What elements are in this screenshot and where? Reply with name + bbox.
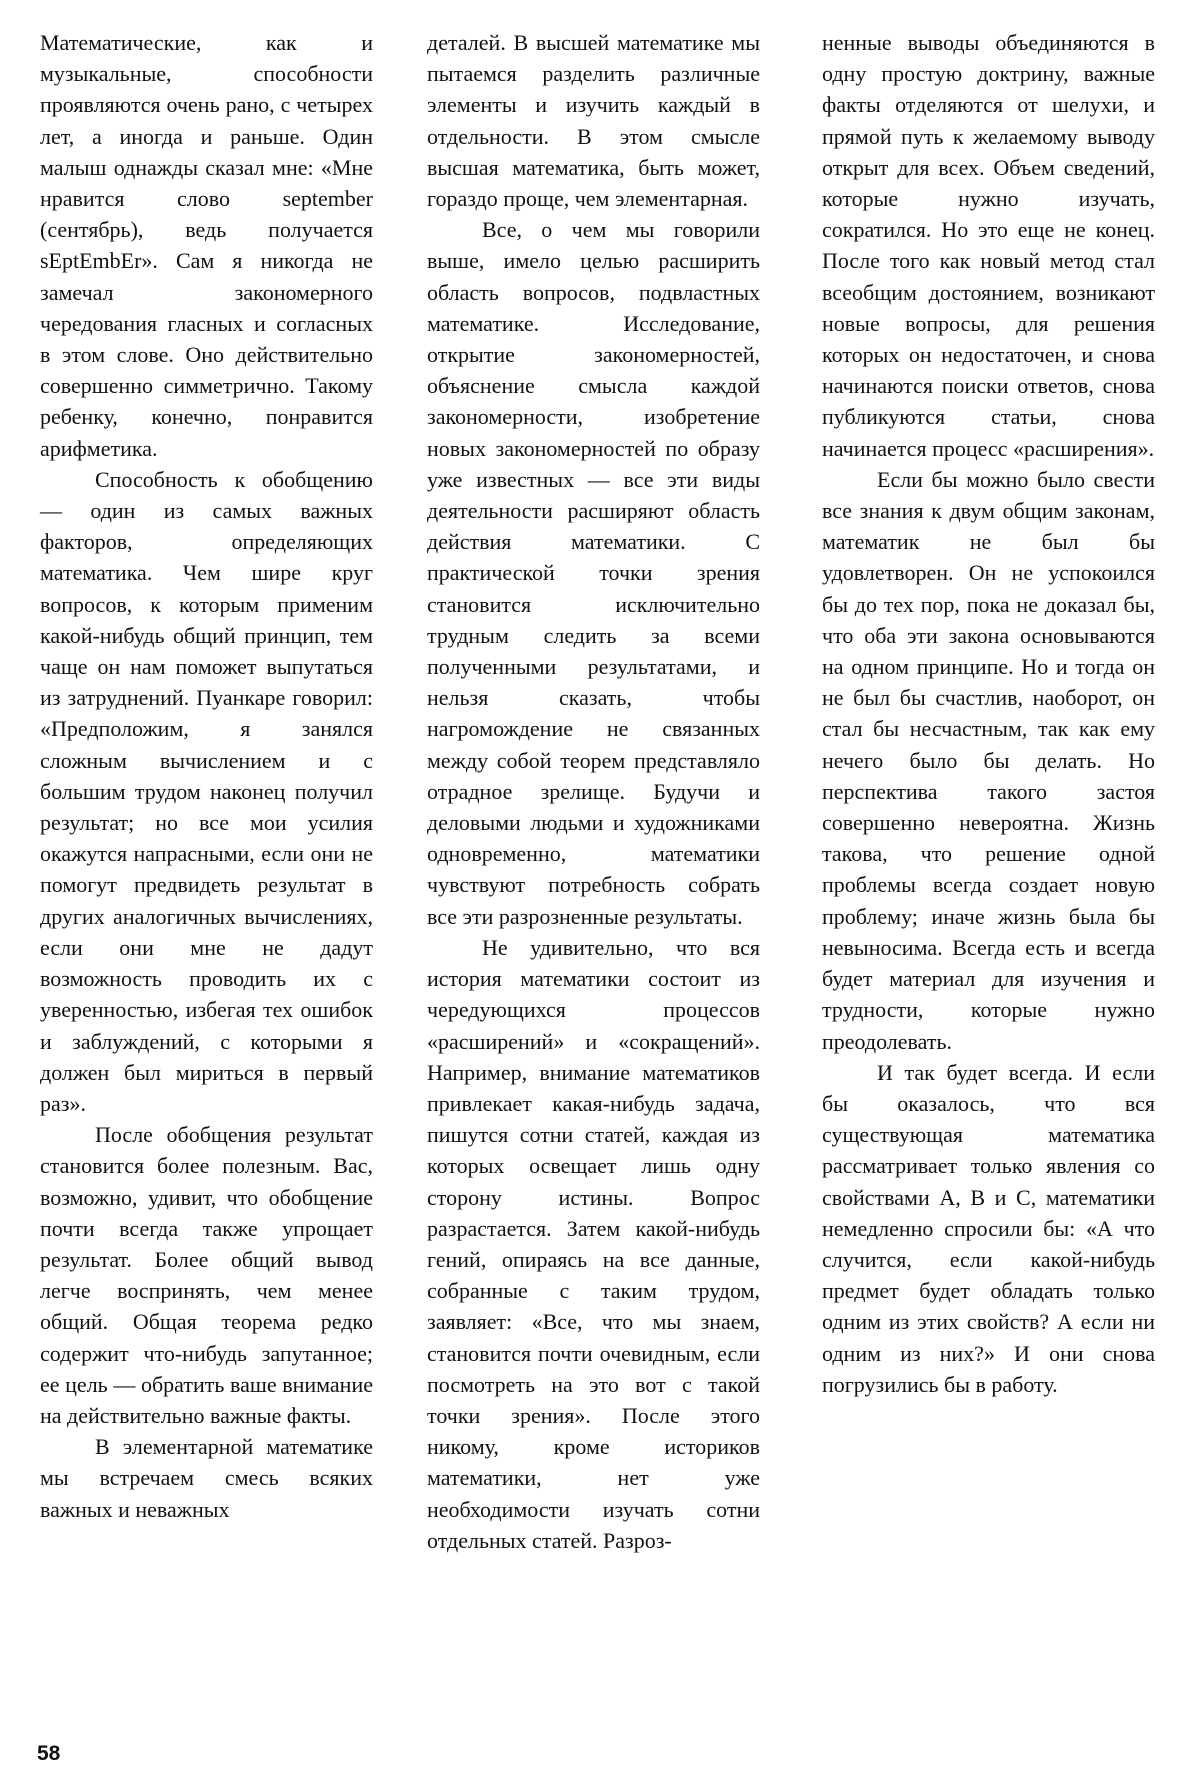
paragraph: Способность к обобщению — один из самых … <box>40 464 373 1119</box>
paragraph: И так будет всегда. И если бы оказалось,… <box>822 1057 1155 1400</box>
paragraph: В элементарной математике мы встречаем с… <box>40 1431 373 1525</box>
text-column-2: деталей. В высшей математике мы пытаемся… <box>427 27 760 1556</box>
paragraph: После обобщения результат становится бол… <box>40 1119 373 1431</box>
text-column-3: ненные выводы объединяются в одну просту… <box>822 27 1155 1400</box>
book-page: Математические, как и музыкальные, спосо… <box>0 0 1200 1792</box>
text-column-1: Математические, как и музыкальные, спосо… <box>40 27 373 1525</box>
paragraph: Все, о чем мы говорили выше, имело целью… <box>427 214 760 932</box>
paragraph: Математические, как и музыкальные, спосо… <box>40 27 373 464</box>
paragraph: Не удивительно, что вся история математи… <box>427 932 760 1556</box>
paragraph: ненные выводы объединяются в одну просту… <box>822 27 1155 464</box>
page-number: 58 <box>37 1742 60 1766</box>
paragraph: деталей. В высшей математике мы пытаемся… <box>427 27 760 214</box>
paragraph: Если бы можно было свести все знания к д… <box>822 464 1155 1057</box>
